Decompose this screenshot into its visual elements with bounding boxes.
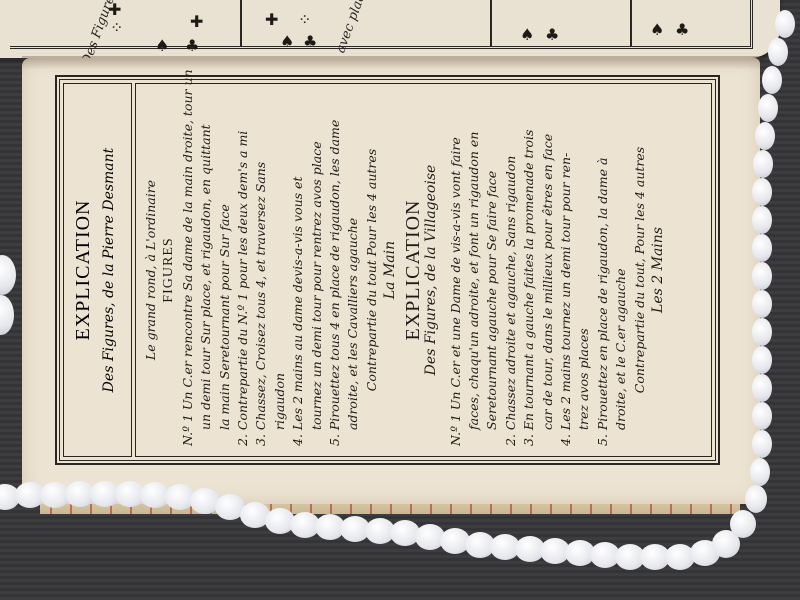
white-rope-cord xyxy=(0,0,800,600)
